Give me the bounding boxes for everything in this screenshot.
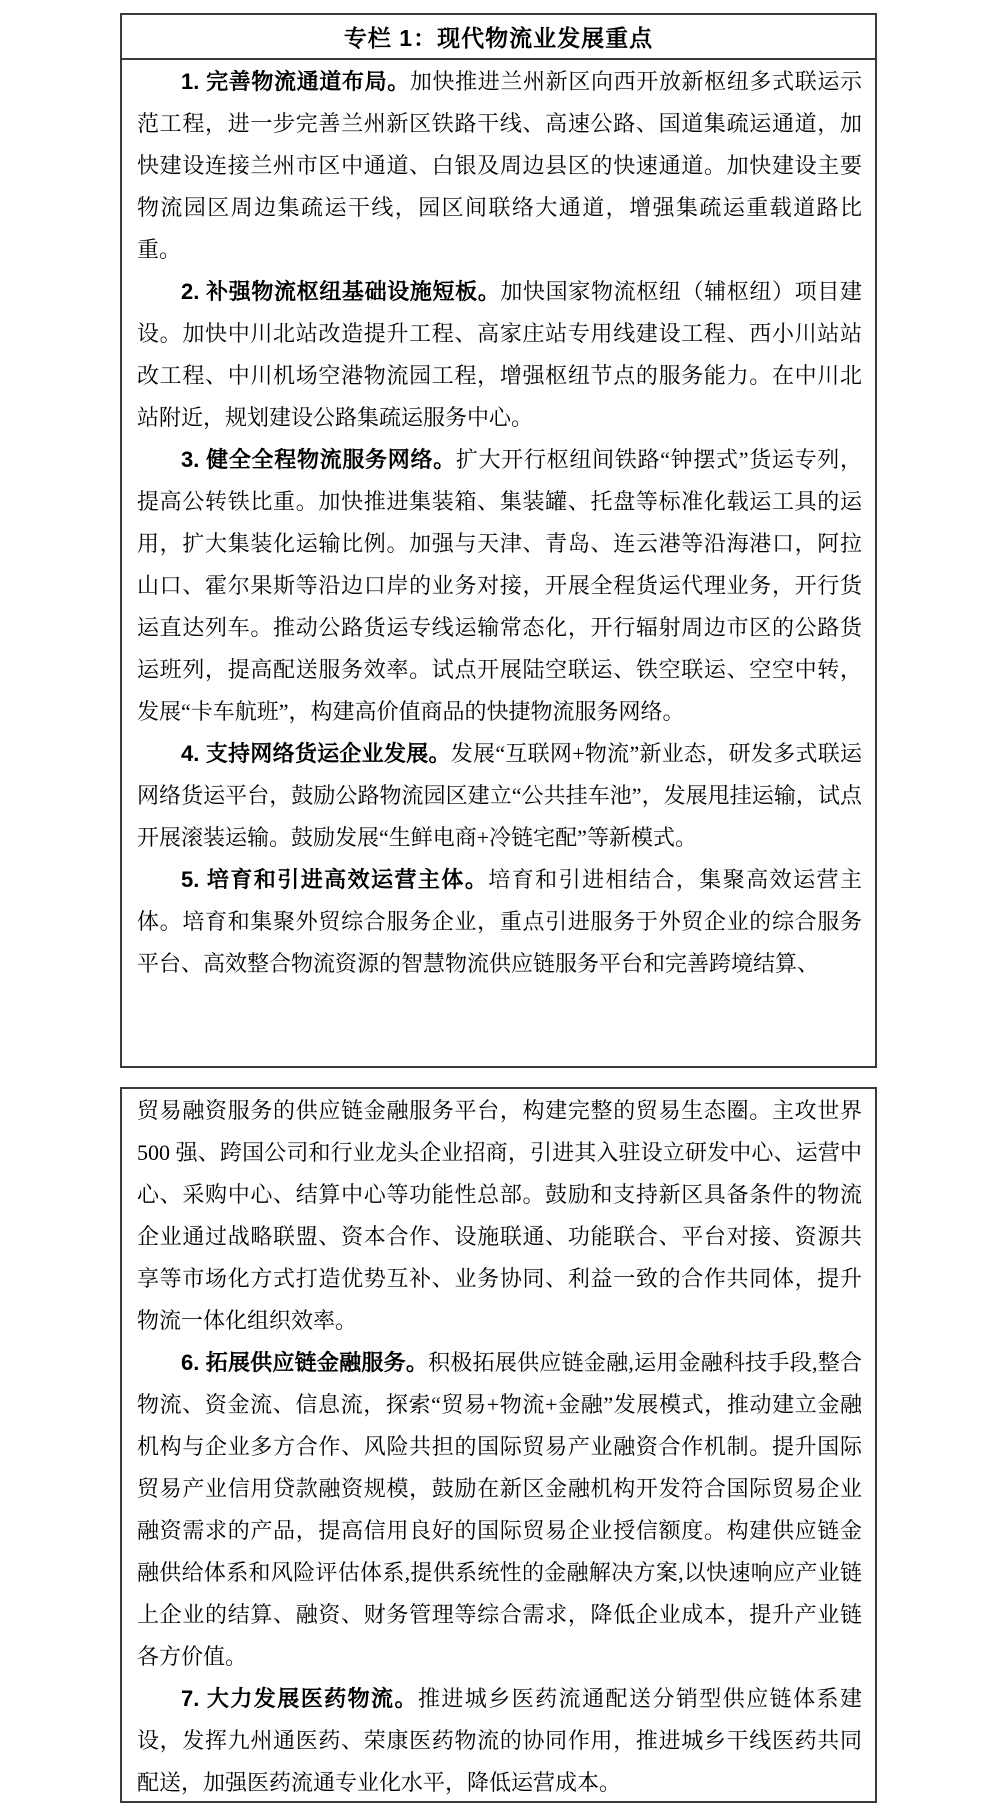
- paragraph-text: 积极拓展供应链金融,运用金融科技手段,整合物流、资金流、信息流，探索“贸易+物流…: [137, 1350, 862, 1669]
- paragraph: 3. 健全全程物流服务网络。扩大开行枢纽间铁路“钟摆式”货运专列，提高公转铁比重…: [137, 439, 862, 733]
- paragraph-heading: 5. 培育和引进高效运营主体。: [181, 867, 488, 892]
- paragraph-text: 扩大开行枢纽间铁路“钟摆式”货运专列，提高公转铁比重。加快推进集装箱、集装罐、托…: [137, 447, 862, 724]
- callout-box-1: 专栏 1：现代物流业发展重点 1. 完善物流通道布局。加快推进兰州新区向西开放新…: [120, 13, 877, 1068]
- paragraph-heading: 7. 大力发展医药物流。: [181, 1686, 418, 1711]
- paragraph-text: 加快推进兰州新区向西开放新枢纽多式联运示范工程，进一步完善兰州新区铁路干线、高速…: [137, 69, 862, 262]
- paragraph-text: 贸易融资服务的供应链金融服务平台，构建完整的贸易生态圈。主攻世界 500 强、跨…: [137, 1098, 862, 1333]
- paragraph-heading: 2. 补强物流枢纽基础设施短板。: [181, 279, 500, 304]
- paragraph-heading: 3. 健全全程物流服务网络。: [181, 447, 456, 472]
- paragraph-heading: 6. 拓展供应链金融服务。: [181, 1350, 428, 1375]
- paragraph: 6. 拓展供应链金融服务。积极拓展供应链金融,运用金融科技手段,整合物流、资金流…: [137, 1342, 862, 1678]
- box-body-2: 贸易融资服务的供应链金融服务平台，构建完整的贸易生态圈。主攻世界 500 强、跨…: [122, 1089, 875, 1804]
- paragraph-heading: 4. 支持网络货运企业发展。: [181, 741, 451, 766]
- box-title: 专栏 1：现代物流业发展重点: [122, 15, 875, 60]
- paragraph: 2. 补强物流枢纽基础设施短板。加快国家物流枢纽（辅枢纽）项目建设。加快中川北站…: [137, 271, 862, 439]
- paragraph: 4. 支持网络货运企业发展。发展“互联网+物流”新业态，研发多式联运网络货运平台…: [137, 733, 862, 859]
- paragraph: 5. 培育和引进高效运营主体。培育和引进相结合，集聚高效运营主体。培育和集聚外贸…: [137, 859, 862, 985]
- document-page: 专栏 1：现代物流业发展重点 1. 完善物流通道布局。加快推进兰州新区向西开放新…: [0, 0, 1000, 1813]
- paragraph-heading: 1. 完善物流通道布局。: [181, 69, 410, 94]
- paragraph: 1. 完善物流通道布局。加快推进兰州新区向西开放新枢纽多式联运示范工程，进一步完…: [137, 61, 862, 271]
- paragraph: 7. 大力发展医药物流。推进城乡医药流通配送分销型供应链体系建设，发挥九州通医药…: [137, 1678, 862, 1804]
- callout-box-2: 贸易融资服务的供应链金融服务平台，构建完整的贸易生态圈。主攻世界 500 强、跨…: [120, 1087, 877, 1803]
- box-body-1: 1. 完善物流通道布局。加快推进兰州新区向西开放新枢纽多式联运示范工程，进一步完…: [122, 60, 875, 985]
- paragraph: 贸易融资服务的供应链金融服务平台，构建完整的贸易生态圈。主攻世界 500 强、跨…: [137, 1090, 862, 1342]
